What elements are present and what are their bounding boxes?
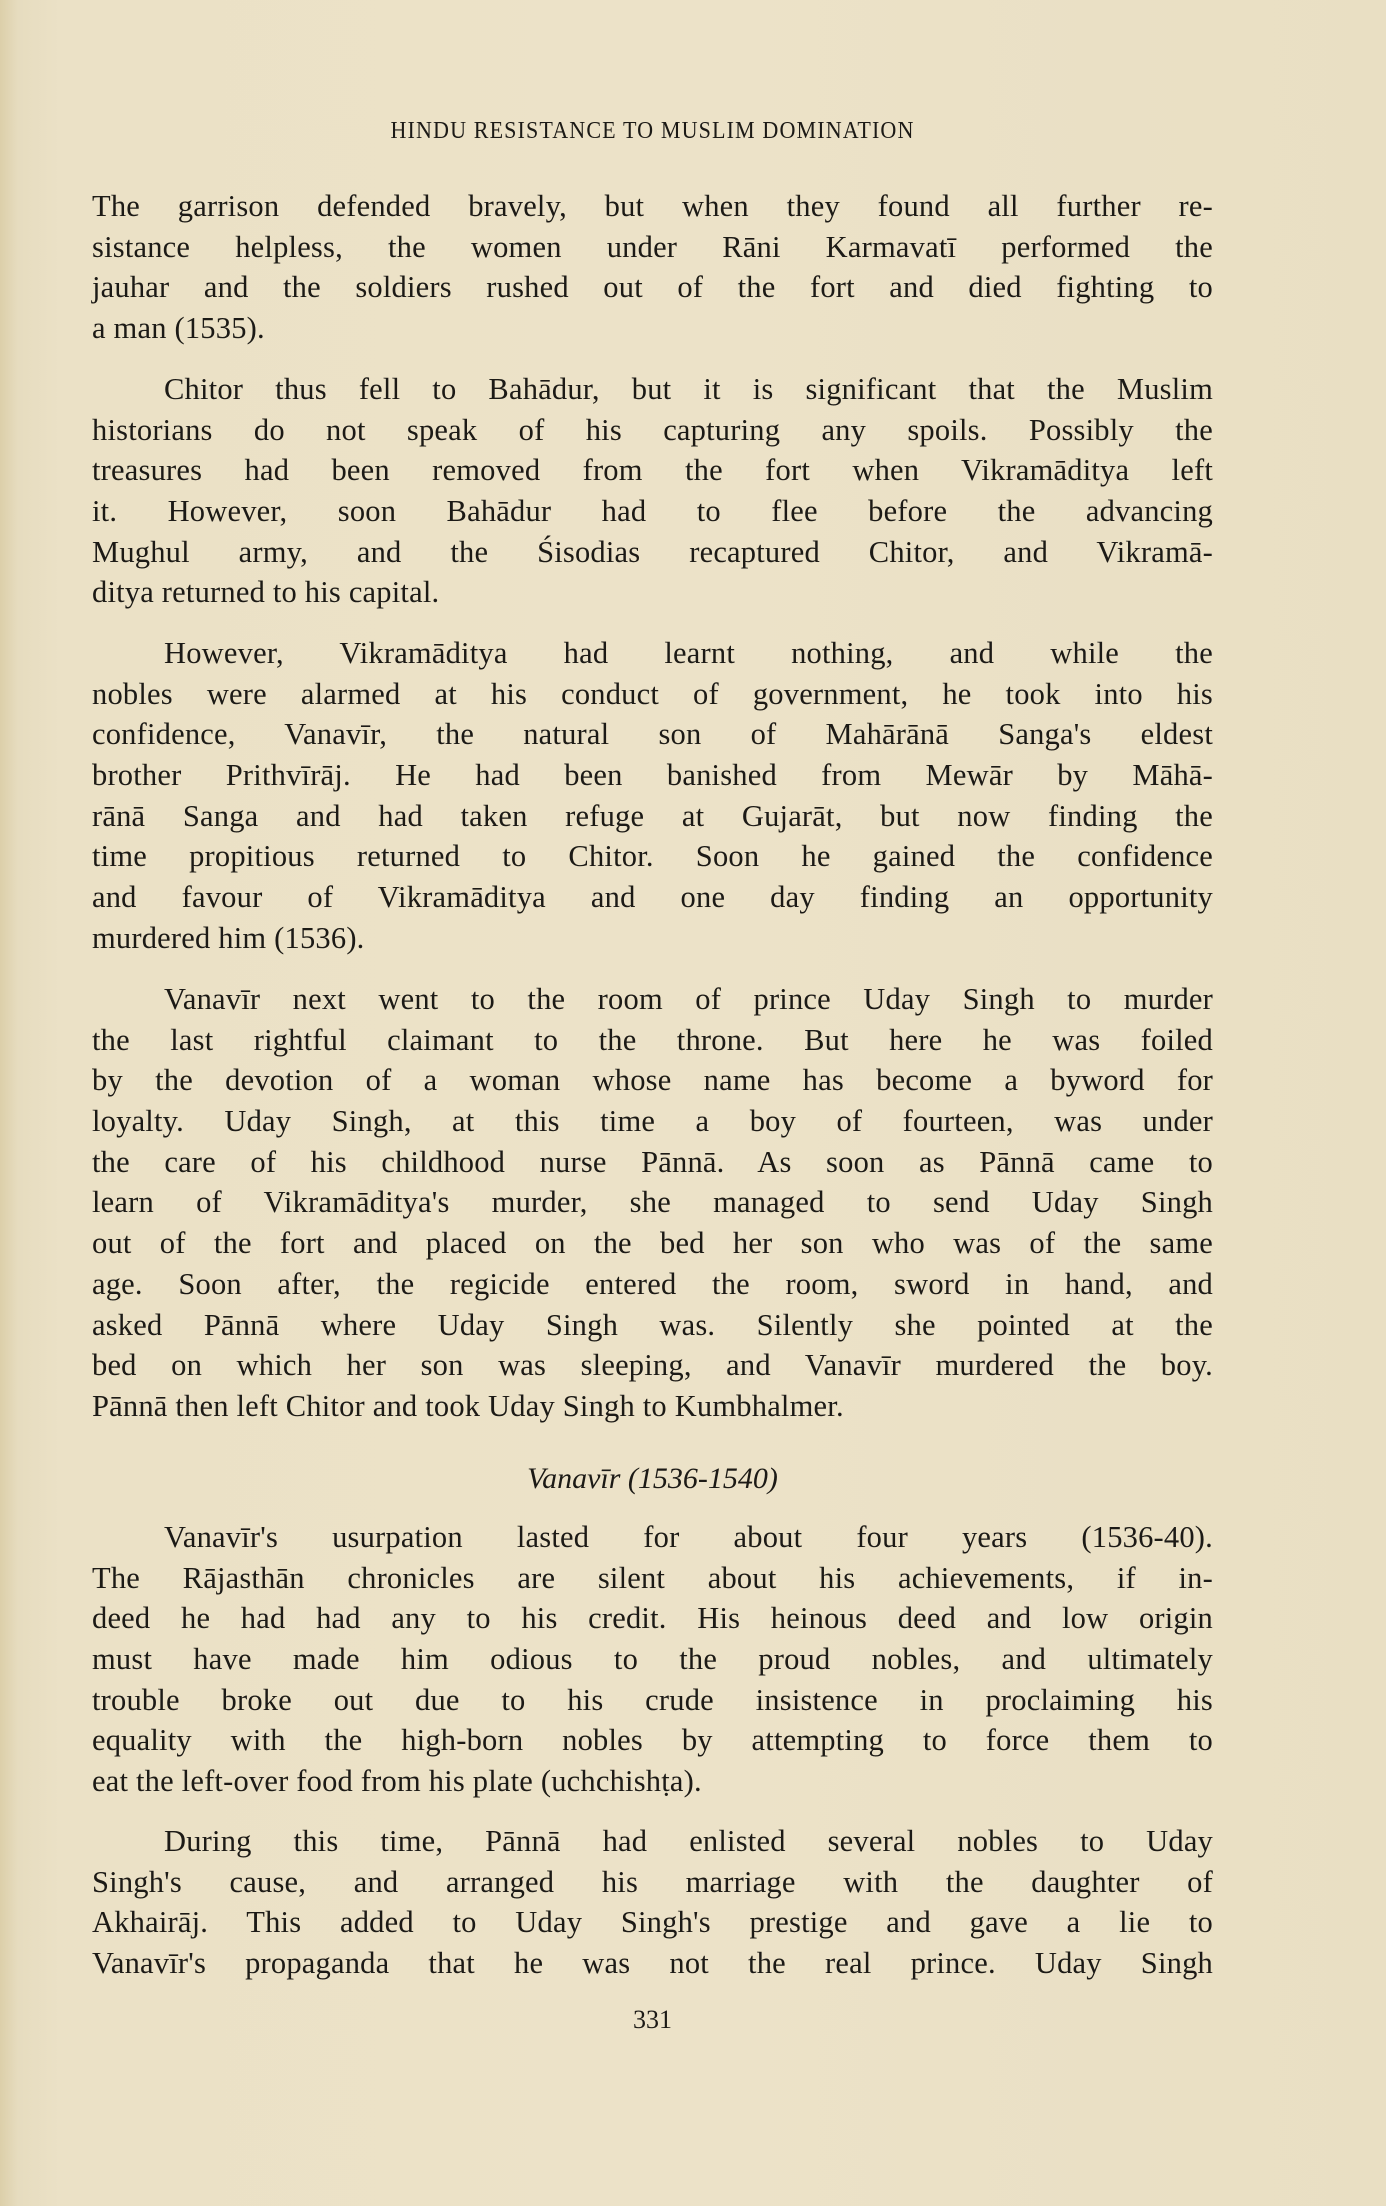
text-line: confidence, Vanavīr, the natural son of …	[92, 714, 1213, 755]
text-line: learn of Vikramāditya's murder, she mana…	[92, 1182, 1213, 1223]
text-line: Vanavīr next went to the room of prince …	[92, 979, 1213, 1020]
text-line: loyalty. Uday Singh, at this time a boy …	[92, 1101, 1213, 1142]
text-line: must have made him odious to the proud n…	[92, 1639, 1213, 1680]
text-line: a man (1535).	[92, 308, 1213, 349]
text-line: time propitious returned to Chitor. Soon…	[92, 836, 1213, 877]
text-line: age. Soon after, the regicide entered th…	[92, 1264, 1213, 1305]
text-line: deed he had had any to his credit. His h…	[92, 1598, 1213, 1639]
text-line: equality with the high-born nobles by at…	[92, 1720, 1213, 1761]
paragraph-3: However, Vikramāditya had learnt nothing…	[92, 633, 1213, 959]
text-line: nobles were alarmed at his conduct of go…	[92, 674, 1213, 715]
text-line: brother Prithvīrāj. He had been banished…	[92, 755, 1213, 796]
paragraph-4: Vanavīr next went to the room of prince …	[92, 979, 1213, 1427]
text-line: trouble broke out due to his crude insis…	[92, 1680, 1213, 1721]
text-line: The garrison defended bravely, but when …	[92, 186, 1213, 227]
text-line: historians do not speak of his capturing…	[92, 410, 1213, 451]
text-line: The Rājasthān chronicles are silent abou…	[92, 1558, 1213, 1599]
text-line: the care of his childhood nurse Pānnā. A…	[92, 1142, 1213, 1183]
text-line: Mughul army, and the Śisodias recaptured…	[92, 532, 1213, 573]
text-line: However, Vikramāditya had learnt nothing…	[92, 633, 1213, 674]
text-line: During this time, Pānnā had enlisted sev…	[92, 1821, 1213, 1862]
text-line: Pānnā then left Chitor and took Uday Sin…	[92, 1386, 1213, 1427]
text-line: jauhar and the soldiers rushed out of th…	[92, 267, 1213, 308]
running-head: HINDU RESISTANCE TO MUSLIM DOMINATION	[137, 118, 1168, 145]
text-line: Singh's cause, and arranged his marriage…	[92, 1862, 1213, 1903]
text-line: it. However, soon Bahādur had to flee be…	[92, 491, 1213, 532]
text-line: Vanavīr's usurpation lasted for about fo…	[92, 1517, 1213, 1558]
text-line: treasures had been removed from the fort…	[92, 450, 1213, 491]
text-line: out of the fort and placed on the bed he…	[92, 1223, 1213, 1264]
page-number: 331	[92, 2005, 1213, 2035]
paragraph-2: Chitor thus fell to Bahādur, but it is s…	[92, 369, 1213, 613]
text-line: rānā Sanga and had taken refuge at Gujar…	[92, 796, 1213, 837]
text-line: Vanavīr's propaganda that he was not the…	[92, 1943, 1213, 1984]
text-line: ditya returned to his capital.	[92, 572, 1213, 613]
text-line: Chitor thus fell to Bahādur, but it is s…	[92, 369, 1213, 410]
text-line: Akhairāj. This added to Uday Singh's pre…	[92, 1902, 1213, 1943]
text-line: the last rightful claimant to the throne…	[92, 1020, 1213, 1061]
paragraph-5: Vanavīr's usurpation lasted for about fo…	[92, 1517, 1213, 1802]
text-line: asked Pānnā where Uday Singh was. Silent…	[92, 1305, 1213, 1346]
paragraph-6: During this time, Pānnā had enlisted sev…	[92, 1821, 1213, 1984]
text-line: murdered him (1536).	[92, 918, 1213, 959]
text-line: by the devotion of a woman whose name ha…	[92, 1060, 1213, 1101]
text-line: sistance helpless, the women under Rāni …	[92, 227, 1213, 268]
section-heading: Vanavīr (1536-1540)	[92, 1462, 1213, 1496]
text-line: and favour of Vikramāditya and one day f…	[92, 877, 1213, 918]
text-line: eat the left-over food from his plate (u…	[92, 1761, 1213, 1802]
paragraph-1: The garrison defended bravely, but when …	[92, 186, 1213, 349]
text-line: bed on which her son was sleeping, and V…	[92, 1345, 1213, 1386]
